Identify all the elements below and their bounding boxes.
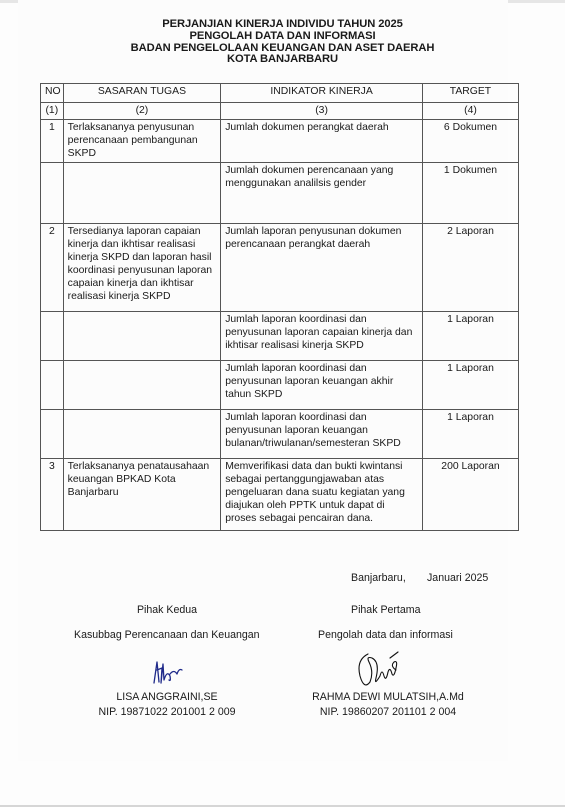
row-indikator: Jumlah laporan koordinasi dan penyusunan… — [221, 361, 423, 410]
col-header-target: TARGET — [422, 84, 518, 103]
row-sasaran: Tersedianya laporan capaian kinerja dan … — [63, 224, 221, 312]
col-header-indikator: INDIKATOR KINERJA — [221, 84, 423, 103]
row-target: 6 Dokumen — [422, 120, 518, 163]
second-party-name: LISA ANGGRAINI,SE — [67, 691, 267, 703]
row-indikator: Jumlah laporan koordinasi dan penyusunan… — [221, 312, 423, 361]
second-party-signature-icon — [148, 656, 188, 686]
row-target: 1 Laporan — [422, 361, 518, 410]
row-target: 1 Laporan — [422, 410, 518, 459]
row-sasaran: Terlaksananya penatausahaan keuangan BPK… — [63, 459, 221, 531]
col-index-4: (4) — [422, 103, 518, 120]
table-row: 2 Tersedianya laporan capaian kinerja da… — [41, 224, 519, 312]
col-index-1: (1) — [41, 103, 64, 120]
first-party-name: RAHMA DEWI MULATSIH,A.Md — [298, 691, 478, 703]
col-index-3: (3) — [221, 103, 423, 120]
signature-place: Banjarbaru, — [351, 572, 406, 584]
row-target: 2 Laporan — [422, 224, 518, 312]
first-party-signature-icon — [352, 648, 408, 692]
table-row: Jumlah laporan koordinasi dan penyusunan… — [41, 312, 519, 361]
second-party-label: Pihak Kedua — [107, 604, 227, 616]
row-no — [41, 312, 64, 361]
performance-table: NO SASARAN TUGAS INDIKATOR KINERJA TARGE… — [40, 83, 519, 531]
second-party-nip: NIP. 19871022 201001 2 009 — [67, 706, 267, 718]
table-header-row: NO SASARAN TUGAS INDIKATOR KINERJA TARGE… — [41, 84, 519, 103]
row-target: 1 Dokumen — [422, 163, 518, 224]
row-sasaran — [63, 163, 221, 224]
row-indikator: Memverifikasi data dan bukti kwintansi s… — [221, 459, 423, 531]
table-row: Jumlah laporan koordinasi dan penyusunan… — [41, 361, 519, 410]
col-header-no: NO — [41, 84, 64, 103]
document-header: PERJANJIAN KINERJA INDIVIDU TAHUN 2025 P… — [0, 19, 565, 66]
table-row: Jumlah dokumen perencanaan yang mengguna… — [41, 163, 519, 224]
first-party-nip: NIP. 19860207 201101 2 004 — [298, 706, 478, 718]
table-row: 1 Terlaksananya penyusunan perencanaan p… — [41, 120, 519, 163]
row-no: 1 — [41, 120, 64, 163]
row-no: 2 — [41, 224, 64, 312]
row-sasaran: Terlaksananya penyusunan perencanaan pem… — [63, 120, 221, 163]
row-no: 3 — [41, 459, 64, 531]
signature-date: Januari 2025 — [427, 572, 488, 584]
row-sasaran — [63, 361, 221, 410]
row-indikator: Jumlah laporan koordinasi dan penyusunan… — [221, 410, 423, 459]
row-sasaran — [63, 410, 221, 459]
row-indikator: Jumlah laporan penyusunan dokumen perenc… — [221, 224, 423, 312]
header-city: KOTA BANJARBARU — [0, 54, 565, 66]
row-no — [41, 410, 64, 459]
second-party-position: Kasubbag Perencanaan dan Keuangan — [74, 629, 260, 641]
row-sasaran — [63, 312, 221, 361]
table-row: 3 Terlaksananya penatausahaan keuangan B… — [41, 459, 519, 531]
header-position: PENGOLAH DATA DAN INFORMASI — [0, 31, 565, 43]
table-index-row: (1) (2) (3) (4) — [41, 103, 519, 120]
row-indikator: Jumlah dokumen perangkat daerah — [221, 120, 423, 163]
table-row: Jumlah laporan koordinasi dan penyusunan… — [41, 410, 519, 459]
col-index-2: (2) — [63, 103, 221, 120]
row-indikator: Jumlah dokumen perencanaan yang mengguna… — [221, 163, 423, 224]
first-party-position: Pengolah data dan informasi — [318, 629, 453, 641]
row-no — [41, 361, 64, 410]
col-header-sasaran: SASARAN TUGAS — [63, 84, 221, 103]
row-target: 1 Laporan — [422, 312, 518, 361]
row-target: 200 Laporan — [422, 459, 518, 531]
row-no — [41, 163, 64, 224]
first-party-label: Pihak Pertama — [351, 604, 420, 616]
